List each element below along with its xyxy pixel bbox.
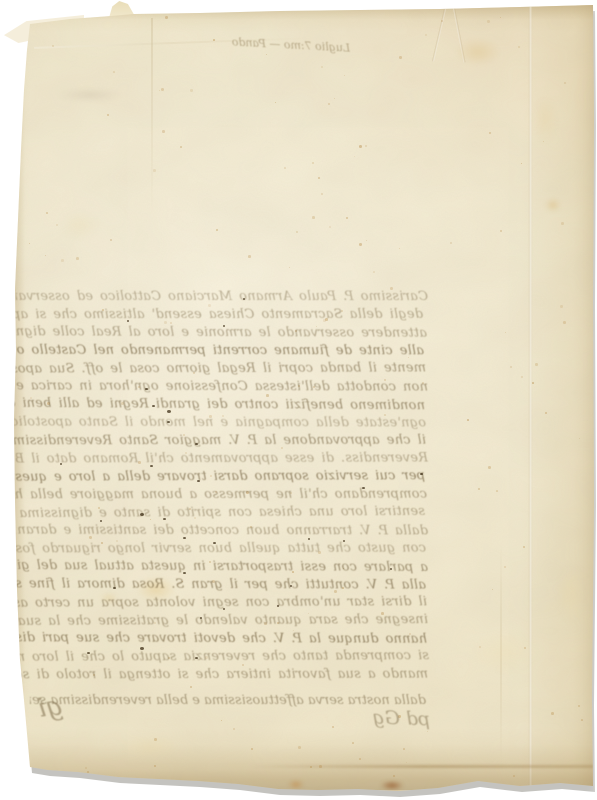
paper-speck — [441, 20, 443, 22]
ink-blot — [362, 487, 365, 489]
ink-blot — [195, 443, 198, 445]
paper-speck — [321, 66, 323, 68]
paper-speck — [399, 56, 402, 59]
paper-speck — [450, 242, 452, 244]
ink-blot — [140, 513, 144, 516]
ink-blot — [223, 608, 225, 610]
paper-speck — [284, 167, 286, 169]
ink-blot — [150, 465, 153, 467]
paper-speck — [365, 145, 367, 147]
ink-blot — [308, 538, 310, 540]
paper-speck — [560, 305, 563, 308]
paper-speck — [425, 34, 427, 36]
paper-speck — [154, 765, 156, 767]
paper-speck — [61, 259, 64, 262]
text-line: degli della Sacramento Chiesa essend' al… — [11, 307, 423, 326]
text-line: mando a sua favorita intiera che si otte… — [16, 667, 428, 687]
paper-speck — [62, 16, 63, 17]
stain — [120, 736, 180, 758]
paper-speck — [233, 728, 235, 730]
paper-speck — [532, 382, 534, 384]
stain — [556, 564, 586, 624]
paper-speck — [545, 412, 547, 414]
text-line: alle cinte de fiumane correnti permanend… — [12, 343, 424, 363]
stain — [288, 780, 304, 789]
paper-speck — [578, 705, 580, 707]
bottom-fold-line — [250, 765, 597, 768]
stain — [455, 38, 501, 66]
ink-blot — [140, 647, 144, 650]
paper-speck — [366, 240, 367, 241]
paper-speck — [393, 775, 395, 777]
paper-speck — [328, 103, 330, 105]
paper-speck — [161, 88, 164, 91]
paper-speck — [319, 765, 322, 768]
paper-speck — [159, 90, 160, 91]
paper-speck — [76, 257, 79, 260]
paper-speck — [492, 589, 493, 590]
stain — [58, 88, 122, 102]
paper-speck — [87, 771, 89, 773]
signature-flourish-left: gi — [9, 691, 66, 745]
paper-speck — [153, 169, 156, 172]
paper-speck — [310, 766, 312, 768]
paper-speck — [467, 419, 469, 421]
paper-speck — [165, 16, 168, 19]
stain — [545, 198, 561, 212]
ink-blot — [290, 585, 292, 587]
ink-blot — [152, 405, 155, 407]
ink-blot — [100, 520, 102, 522]
paper-speck — [180, 146, 182, 148]
ink-blot — [113, 587, 116, 589]
paper-speck — [312, 216, 315, 219]
bleedthrough-text-block: Carissimo P. Paulo Armano Marciano Catto… — [14, 289, 426, 707]
paper-speck — [510, 366, 512, 368]
paper-speck — [344, 75, 345, 76]
paper-speck — [399, 248, 400, 249]
paper-speck — [535, 363, 538, 366]
inscription-bleedthrough: Luglio 7:mo — Pando — [210, 34, 351, 63]
paper-speck — [289, 267, 290, 268]
paper-speck — [359, 758, 361, 760]
paper-speck — [359, 243, 362, 246]
paper-speck — [518, 46, 520, 48]
text-line: attendere osservando le armonie e loro a… — [15, 324, 427, 345]
paper-speck — [488, 466, 491, 469]
text-line: Carissimo P. Paulo Armano Marciano Catto… — [16, 289, 428, 308]
paper-speck — [579, 438, 580, 439]
ink-blot — [195, 657, 198, 659]
ink-blot — [243, 298, 245, 300]
paper-speck — [373, 271, 375, 273]
text-line: si comprenda tanto che reverenzia saputo… — [17, 648, 429, 669]
paper-speck — [216, 229, 218, 231]
paper-speck — [346, 217, 348, 219]
paper-speck — [154, 738, 157, 741]
paper-speck — [513, 775, 515, 777]
ink-blot — [167, 410, 171, 413]
ink-blot — [390, 568, 392, 570]
stain — [380, 781, 404, 790]
paper-speck — [221, 720, 222, 721]
ink-blot — [163, 518, 166, 520]
paper-speck — [406, 762, 407, 763]
text-line: il che approvandone la P. V. maggior San… — [14, 433, 426, 453]
paper-speck — [107, 114, 109, 116]
paper-speck — [85, 767, 87, 769]
paper-speck — [312, 162, 314, 164]
fold-crease-v-left — [432, 8, 446, 61]
paper-speck — [110, 239, 112, 241]
paper-speck — [403, 748, 405, 750]
paper-speck — [505, 332, 506, 333]
paper-speck — [581, 719, 583, 721]
paper-speck — [521, 163, 522, 164]
paper-speck — [29, 243, 30, 244]
paper-speck — [489, 132, 491, 134]
paper-speck — [296, 231, 298, 233]
paper-speck — [496, 490, 498, 492]
ink-blot — [183, 572, 186, 574]
stain — [60, 210, 100, 240]
ink-blot — [167, 421, 170, 423]
paper-speck — [318, 177, 320, 179]
paper-speck — [500, 230, 502, 232]
paper-speck — [334, 98, 335, 99]
paper-speck — [551, 712, 554, 715]
ink-blot — [127, 320, 129, 322]
paper-speck — [359, 145, 362, 148]
paper-speck — [321, 193, 323, 195]
paper-speck — [521, 376, 523, 378]
stain — [532, 96, 558, 144]
ink-blot — [420, 473, 423, 475]
paper-speck — [162, 130, 165, 133]
ink-blot — [183, 537, 186, 539]
top-edge-shade — [20, 5, 597, 20]
paper-speck — [561, 222, 564, 225]
paper-speck — [500, 17, 501, 18]
paper-speck — [45, 255, 46, 256]
paper-speck — [352, 742, 354, 744]
text-line: dalla P. V. trarranno buon concetto dei … — [16, 523, 428, 543]
paper-speck — [354, 156, 355, 157]
paper-speck — [563, 321, 566, 324]
paper-speck — [523, 546, 525, 548]
paper-speck — [504, 566, 506, 568]
ink-blot — [87, 652, 90, 654]
ink-blot — [223, 325, 225, 327]
text-line: per cui servizio soprano darsi trovare d… — [13, 468, 425, 488]
ink-blot — [145, 388, 148, 390]
paper-speck — [52, 45, 54, 47]
paper-speck — [190, 89, 193, 92]
stain — [470, 630, 540, 674]
paper-speck — [46, 212, 48, 214]
ink-blot — [197, 480, 200, 482]
paper-speck — [479, 646, 481, 648]
paper-speck — [487, 20, 490, 23]
ink-blot — [200, 617, 202, 619]
paper-speck — [56, 224, 58, 226]
paper-speck — [251, 748, 253, 750]
scanned-letter-image: Luglio 7:mo — Pando Carissimo P. Paulo A… — [0, 0, 597, 800]
paper-speck — [564, 82, 566, 84]
paper-speck — [275, 102, 276, 103]
paper-speck — [113, 71, 115, 73]
ink-blot — [213, 542, 216, 544]
ink-blot — [60, 463, 62, 465]
signature-flourish-right: pd Gg — [295, 704, 430, 745]
paper-speck — [298, 746, 301, 749]
ink-blot — [343, 540, 345, 542]
paper-sheet: Luglio 7:mo — Pando Carissimo P. Paulo A… — [0, 0, 597, 800]
paper-speck — [329, 226, 331, 228]
paper-speck — [248, 255, 251, 258]
paper-speck — [478, 488, 480, 490]
text-line: ogn'estate della compagnia e nel mondo i… — [14, 415, 426, 435]
text-line: mente il banda copri il Regal giorno cos… — [14, 360, 426, 380]
fold-crease-upper-left — [151, 18, 153, 213]
ink-blot — [277, 605, 279, 607]
